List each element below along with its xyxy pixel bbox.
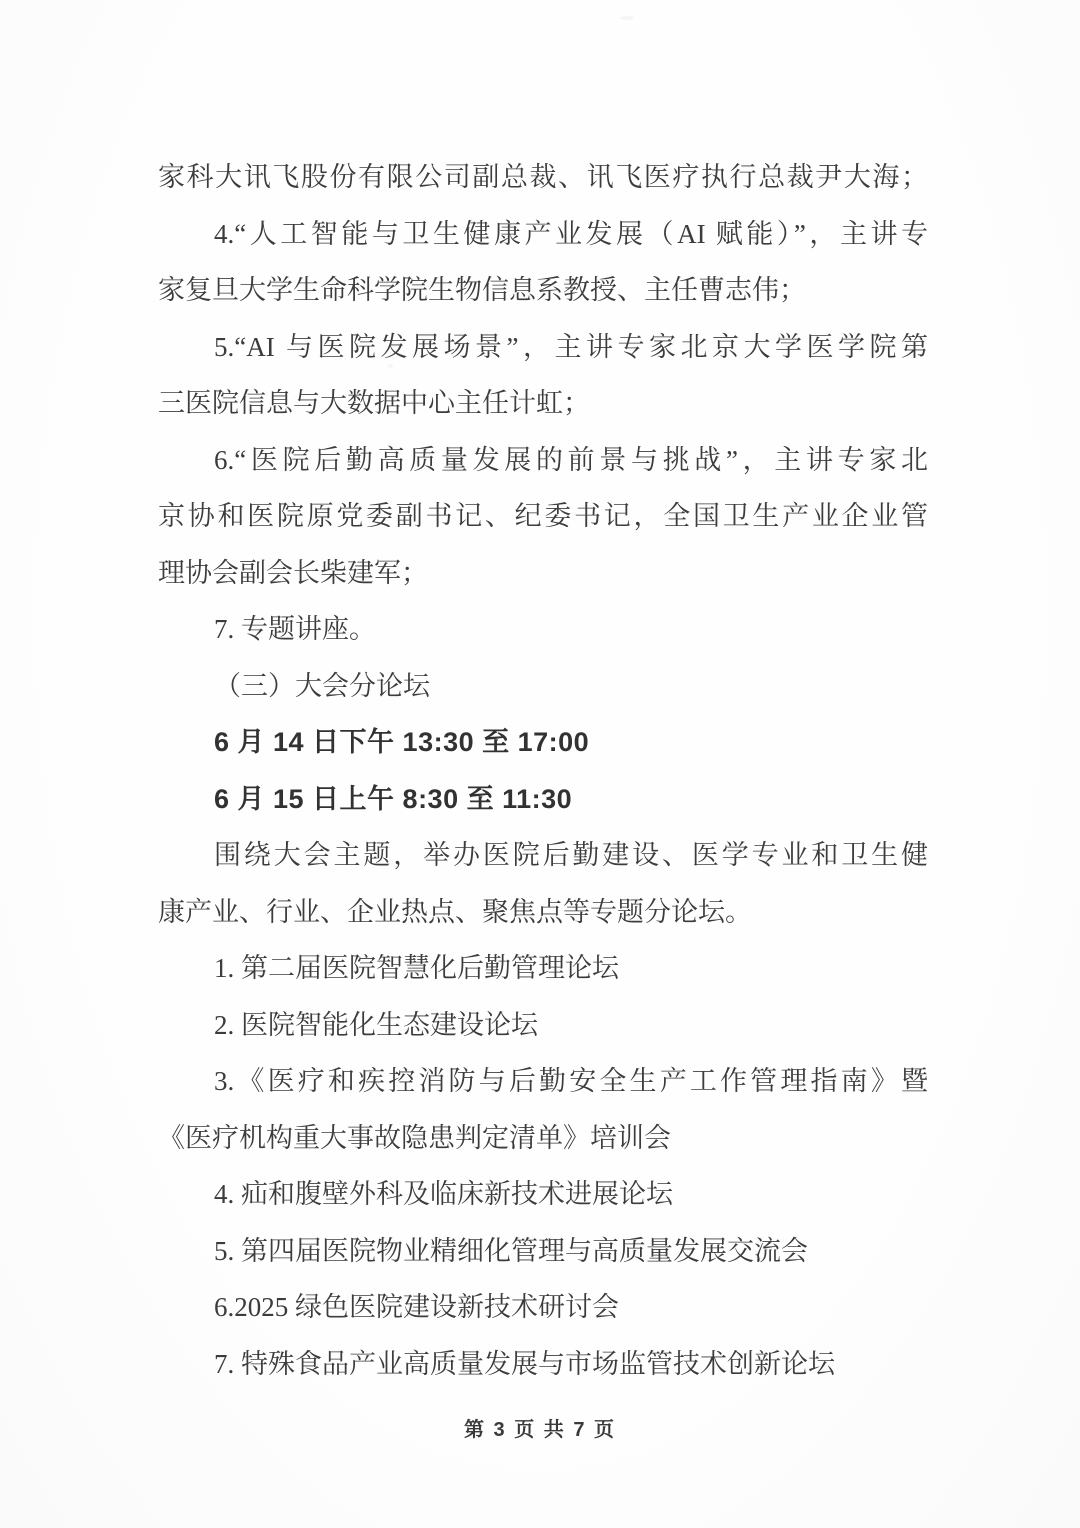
document-line: 6 月 15 日上午 8:30 至 11:30: [158, 771, 928, 828]
document-line: 家复旦大学生命科学院生物信息系教授、主任曹志伟；: [158, 262, 928, 319]
document-body: 家科大讯飞股份有限公司副总裁、讯飞医疗执行总裁尹大海；4.“人工智能与卫生健康产…: [158, 149, 928, 1392]
document-line: 3.《医疗和疾控消防与后勤安全生产工作管理指南》暨: [158, 1053, 928, 1110]
document-line: 家科大讯飞股份有限公司副总裁、讯飞医疗执行总裁尹大海；: [158, 149, 928, 206]
page-number-footer: 第 3 页 共 7 页: [0, 1412, 1080, 1448]
document-line: 6.“医院后勤高质量发展的前景与挑战”，主讲专家北: [158, 432, 928, 489]
document-line: 三医院信息与大数据中心主任计虹；: [158, 375, 928, 432]
document-line: 4. 疝和腹壁外科及临床新技术进展论坛: [158, 1166, 928, 1223]
document-line: 2. 医院智能化生态建设论坛: [158, 997, 928, 1054]
document-line: 7. 特殊食品产业高质量发展与市场监管技术创新论坛: [158, 1336, 928, 1393]
document-line: 康产业、行业、企业热点、聚焦点等专题分论坛。: [158, 884, 928, 941]
document-line: 1. 第二届医院智慧化后勤管理论坛: [158, 940, 928, 997]
document-line: 5. 第四届医院物业精细化管理与高质量发展交流会: [158, 1223, 928, 1280]
document-page: 家科大讯飞股份有限公司副总裁、讯飞医疗执行总裁尹大海；4.“人工智能与卫生健康产…: [0, 0, 1080, 1528]
document-line: 围绕大会主题，举办医院后勤建设、医学专业和卫生健: [158, 827, 928, 884]
document-line: 7. 专题讲座。: [158, 601, 928, 658]
scan-artifact: [620, 16, 634, 20]
document-line: 5.“AI 与医院发展场景”，主讲专家北京大学医学院第: [158, 319, 928, 376]
document-line: 6 月 14 日下午 13:30 至 17:00: [158, 714, 928, 771]
document-line: 《医疗机构重大事故隐患判定清单》培训会: [158, 1110, 928, 1167]
document-line: （三）大会分论坛: [158, 658, 928, 715]
document-line: 理协会副会长柴建军；: [158, 545, 928, 602]
document-line: 6.2025 绿色医院建设新技术研讨会: [158, 1279, 928, 1336]
document-line: 京协和医院原党委副书记、纪委书记，全国卫生产业企业管: [158, 488, 928, 545]
document-line: 4.“人工智能与卫生健康产业发展（AI 赋能）”，主讲专: [158, 206, 928, 263]
